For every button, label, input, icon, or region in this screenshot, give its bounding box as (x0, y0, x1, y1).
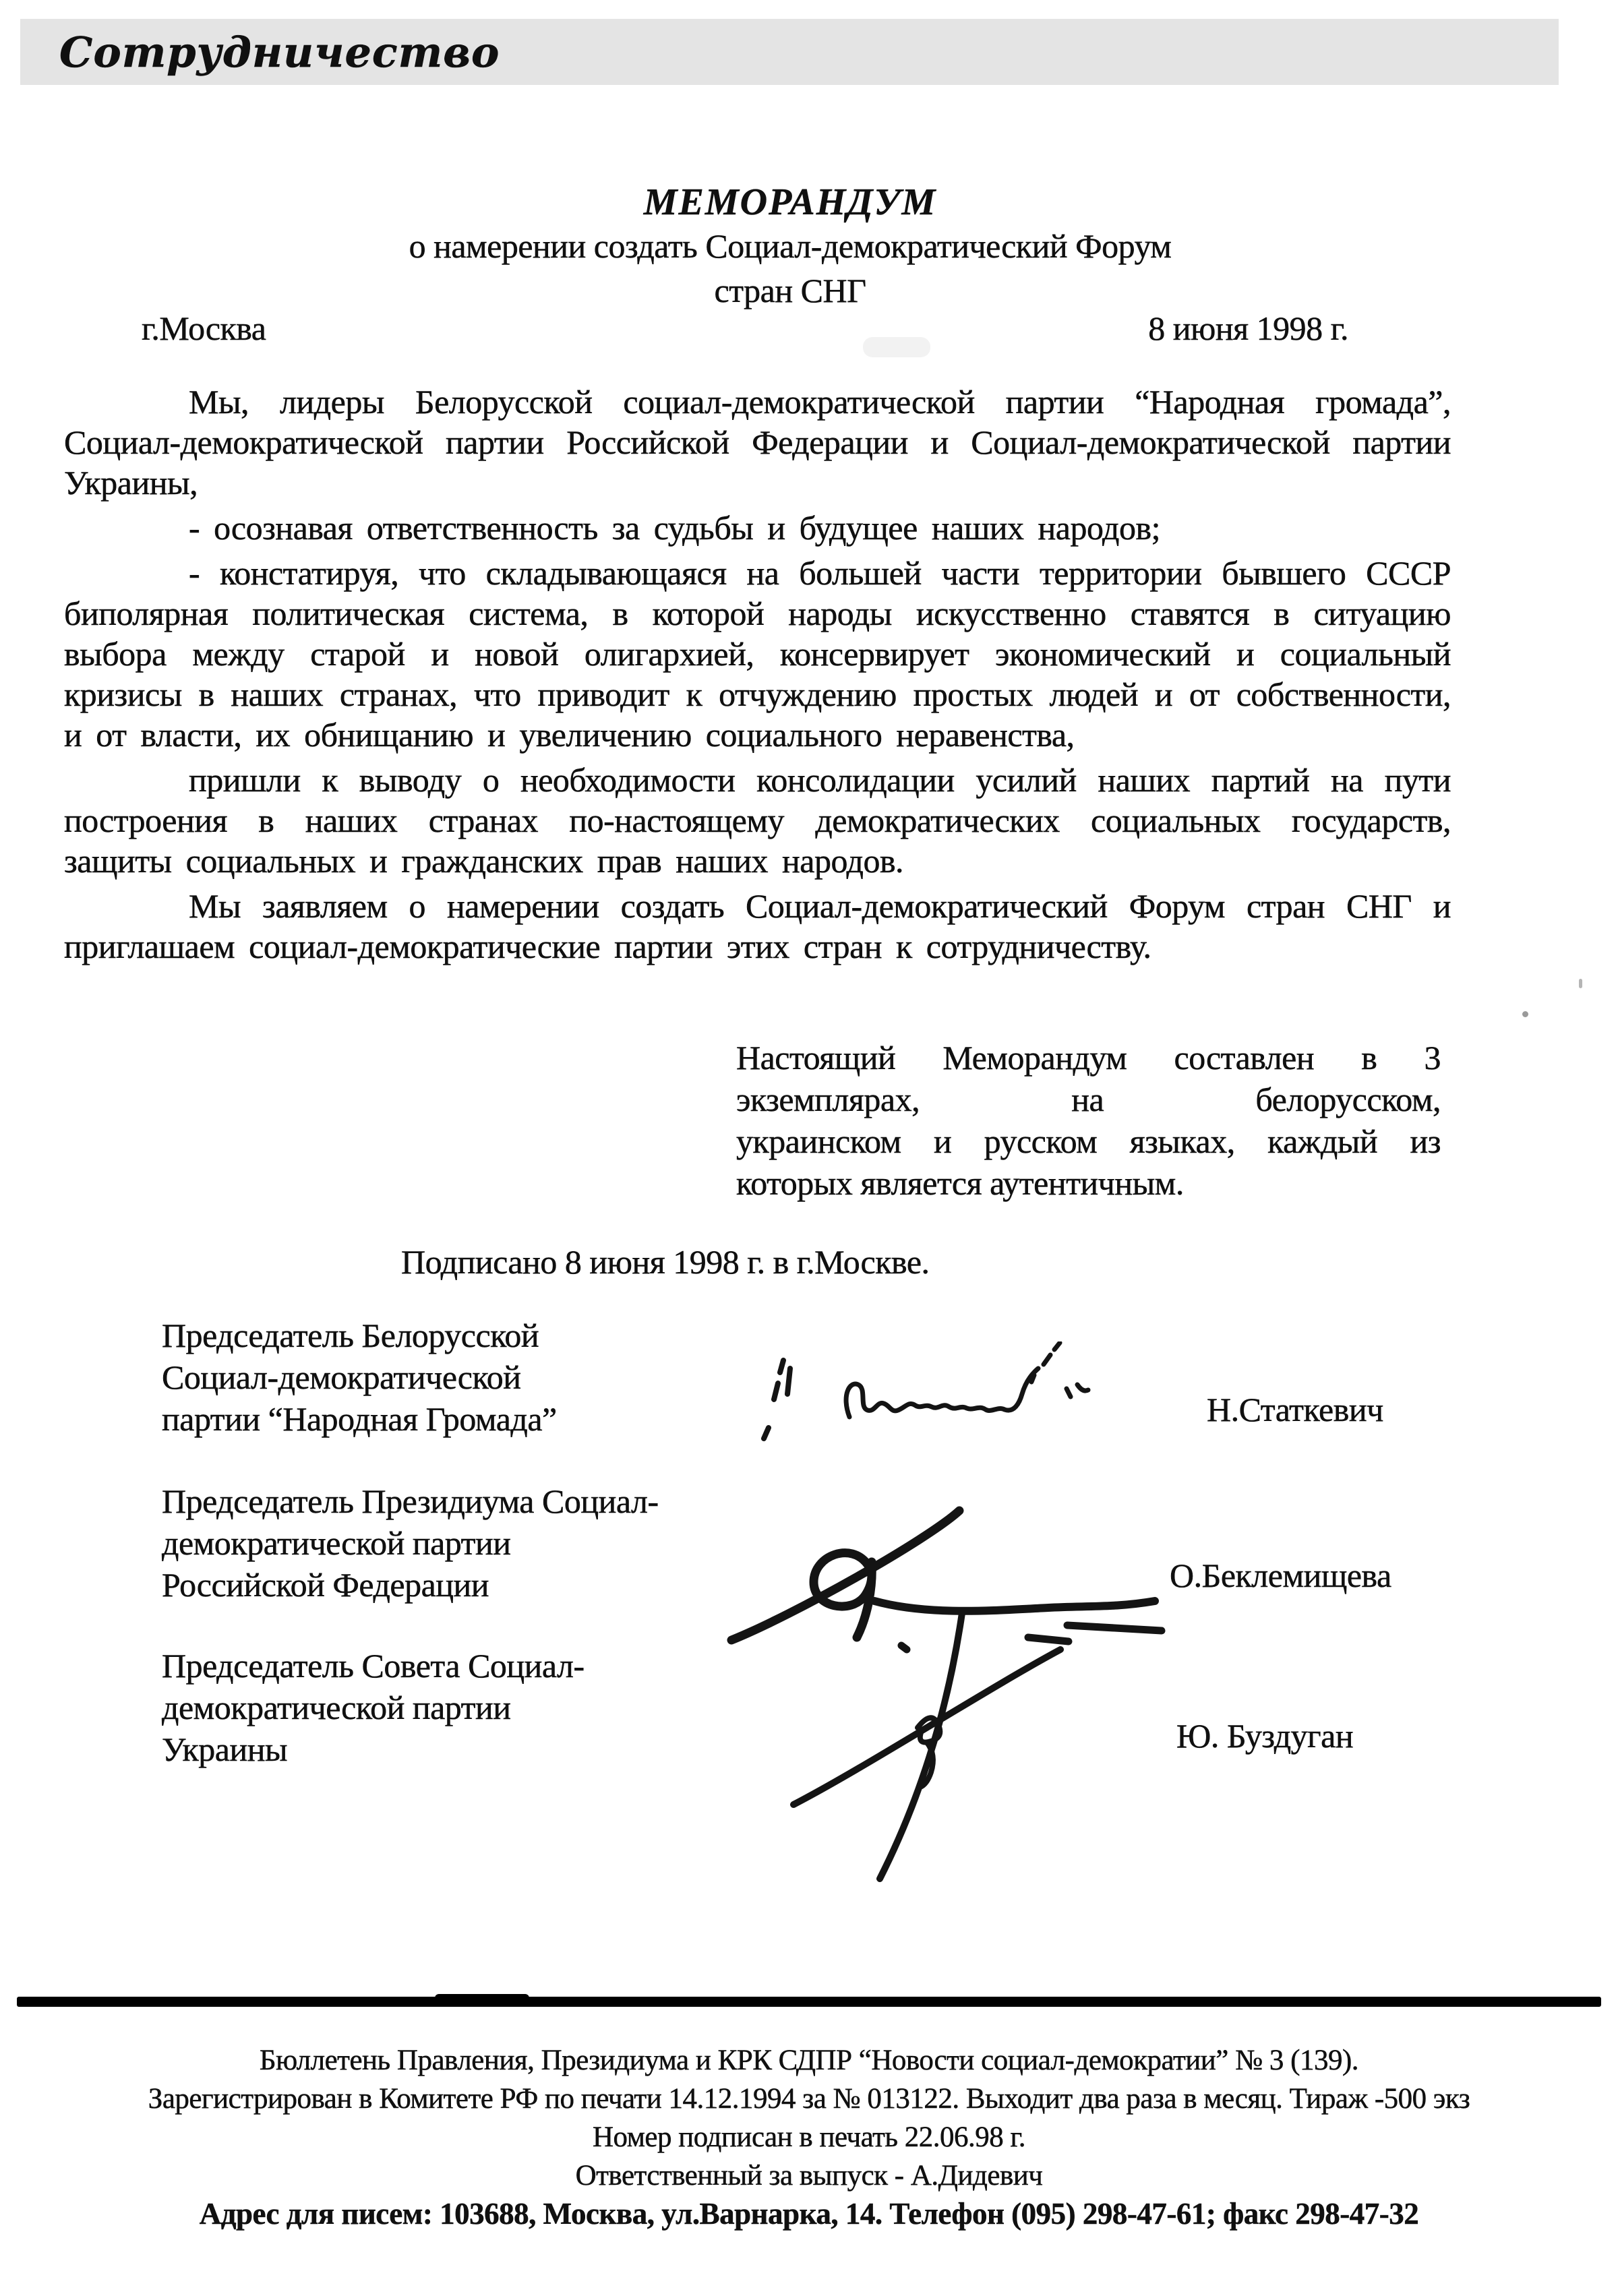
authenticity-clause-line: украинском и русском языках, каждый из (736, 1120, 1441, 1162)
body-paragraph: Мы заявляем о намерении создать Социал-д… (64, 886, 1451, 967)
signatory-name-beklemishcheva: О.Беклемищева (1170, 1556, 1391, 1595)
authenticity-clause-line: экземплярах, на белорусском, (736, 1079, 1441, 1120)
signatory-title-line: партии “Народная Громада” (162, 1398, 822, 1440)
signatory-name-buzdugan: Ю. Буздуган (1176, 1716, 1353, 1755)
place-label: г.Москва (142, 309, 266, 348)
imprint-line: Номер подписан в печать 22.06.98 г. (0, 2118, 1618, 2156)
imprint-line: Зарегистрирован в Комитете РФ по печати … (0, 2080, 1618, 2118)
divider-rule (17, 1997, 1601, 2007)
signatory-title-belarus: Председатель Белорусской Социал-демократ… (162, 1315, 822, 1440)
title-block: МЕМОРАНДУМ о намерении создать Социал-де… (40, 181, 1540, 313)
document-subtitle-line-2: стран СНГ (40, 268, 1540, 313)
signatory-title-line: Украины (162, 1728, 822, 1770)
authenticity-clause-line: Настоящий Меморандум составлен в 3 (736, 1037, 1441, 1079)
section-banner: Сотрудничество (20, 19, 1559, 85)
buzdugan-signature (785, 1608, 1069, 1884)
signatory-title-ukraine: Председатель Совета Социал- демократичес… (162, 1645, 822, 1770)
signed-statement: Подписано 8 июня 1998 г. в г.Москве. (401, 1242, 930, 1281)
signatory-title-line: Социал-демократической (162, 1356, 822, 1398)
signatory-name-statkevich: Н.Статкевич (1207, 1390, 1383, 1429)
body-paragraph: - констатируя, что складывающаяся на бол… (64, 553, 1451, 755)
imprint-line: Бюллетень Правления, Президиума и КРК СД… (0, 2041, 1618, 2080)
document-body: Мы, лидеры Белорусской социал-демократич… (64, 382, 1451, 971)
imprint-line: Ответственный за выпуск - А.Дидевич (0, 2156, 1618, 2195)
body-paragraph: Мы, лидеры Белорусской социал-демократич… (64, 382, 1451, 503)
imprint-footer: Бюллетень Правления, Президиума и КРК СД… (0, 2041, 1618, 2233)
signatory-title-line: Председатель Совета Социал- (162, 1645, 822, 1687)
signatory-title-line: демократической партии (162, 1687, 822, 1728)
statkevich-signature (748, 1341, 1139, 1456)
document-subtitle-line-1: о намерении создать Социал-демократическ… (40, 224, 1540, 268)
scan-speck (1522, 1011, 1528, 1017)
body-paragraph: - осознавая ответственность за судьбы и … (64, 508, 1451, 548)
body-paragraph: пришли к выводу о необходимости консолид… (64, 760, 1451, 881)
scan-speck (1579, 979, 1582, 988)
date-label: 8 июня 1998 г. (1148, 309, 1348, 348)
imprint-address-line: Адрес для писем: 103688, Москва, ул.Варн… (0, 2195, 1618, 2233)
document-page: Сотрудничество МЕМОРАНДУМ о намерении со… (0, 0, 1618, 2296)
authenticity-clause: Настоящий Меморандум составлен в 3 экзем… (736, 1037, 1441, 1204)
section-banner-label: Сотрудничество (59, 28, 500, 77)
signatory-title-line: Председатель Белорусской (162, 1315, 822, 1356)
authenticity-clause-line: которых является аутентичным. (736, 1162, 1441, 1204)
document-title: МЕМОРАНДУМ (40, 181, 1540, 224)
place-date-line: г.Москва 8 июня 1998 г. (142, 309, 1348, 348)
